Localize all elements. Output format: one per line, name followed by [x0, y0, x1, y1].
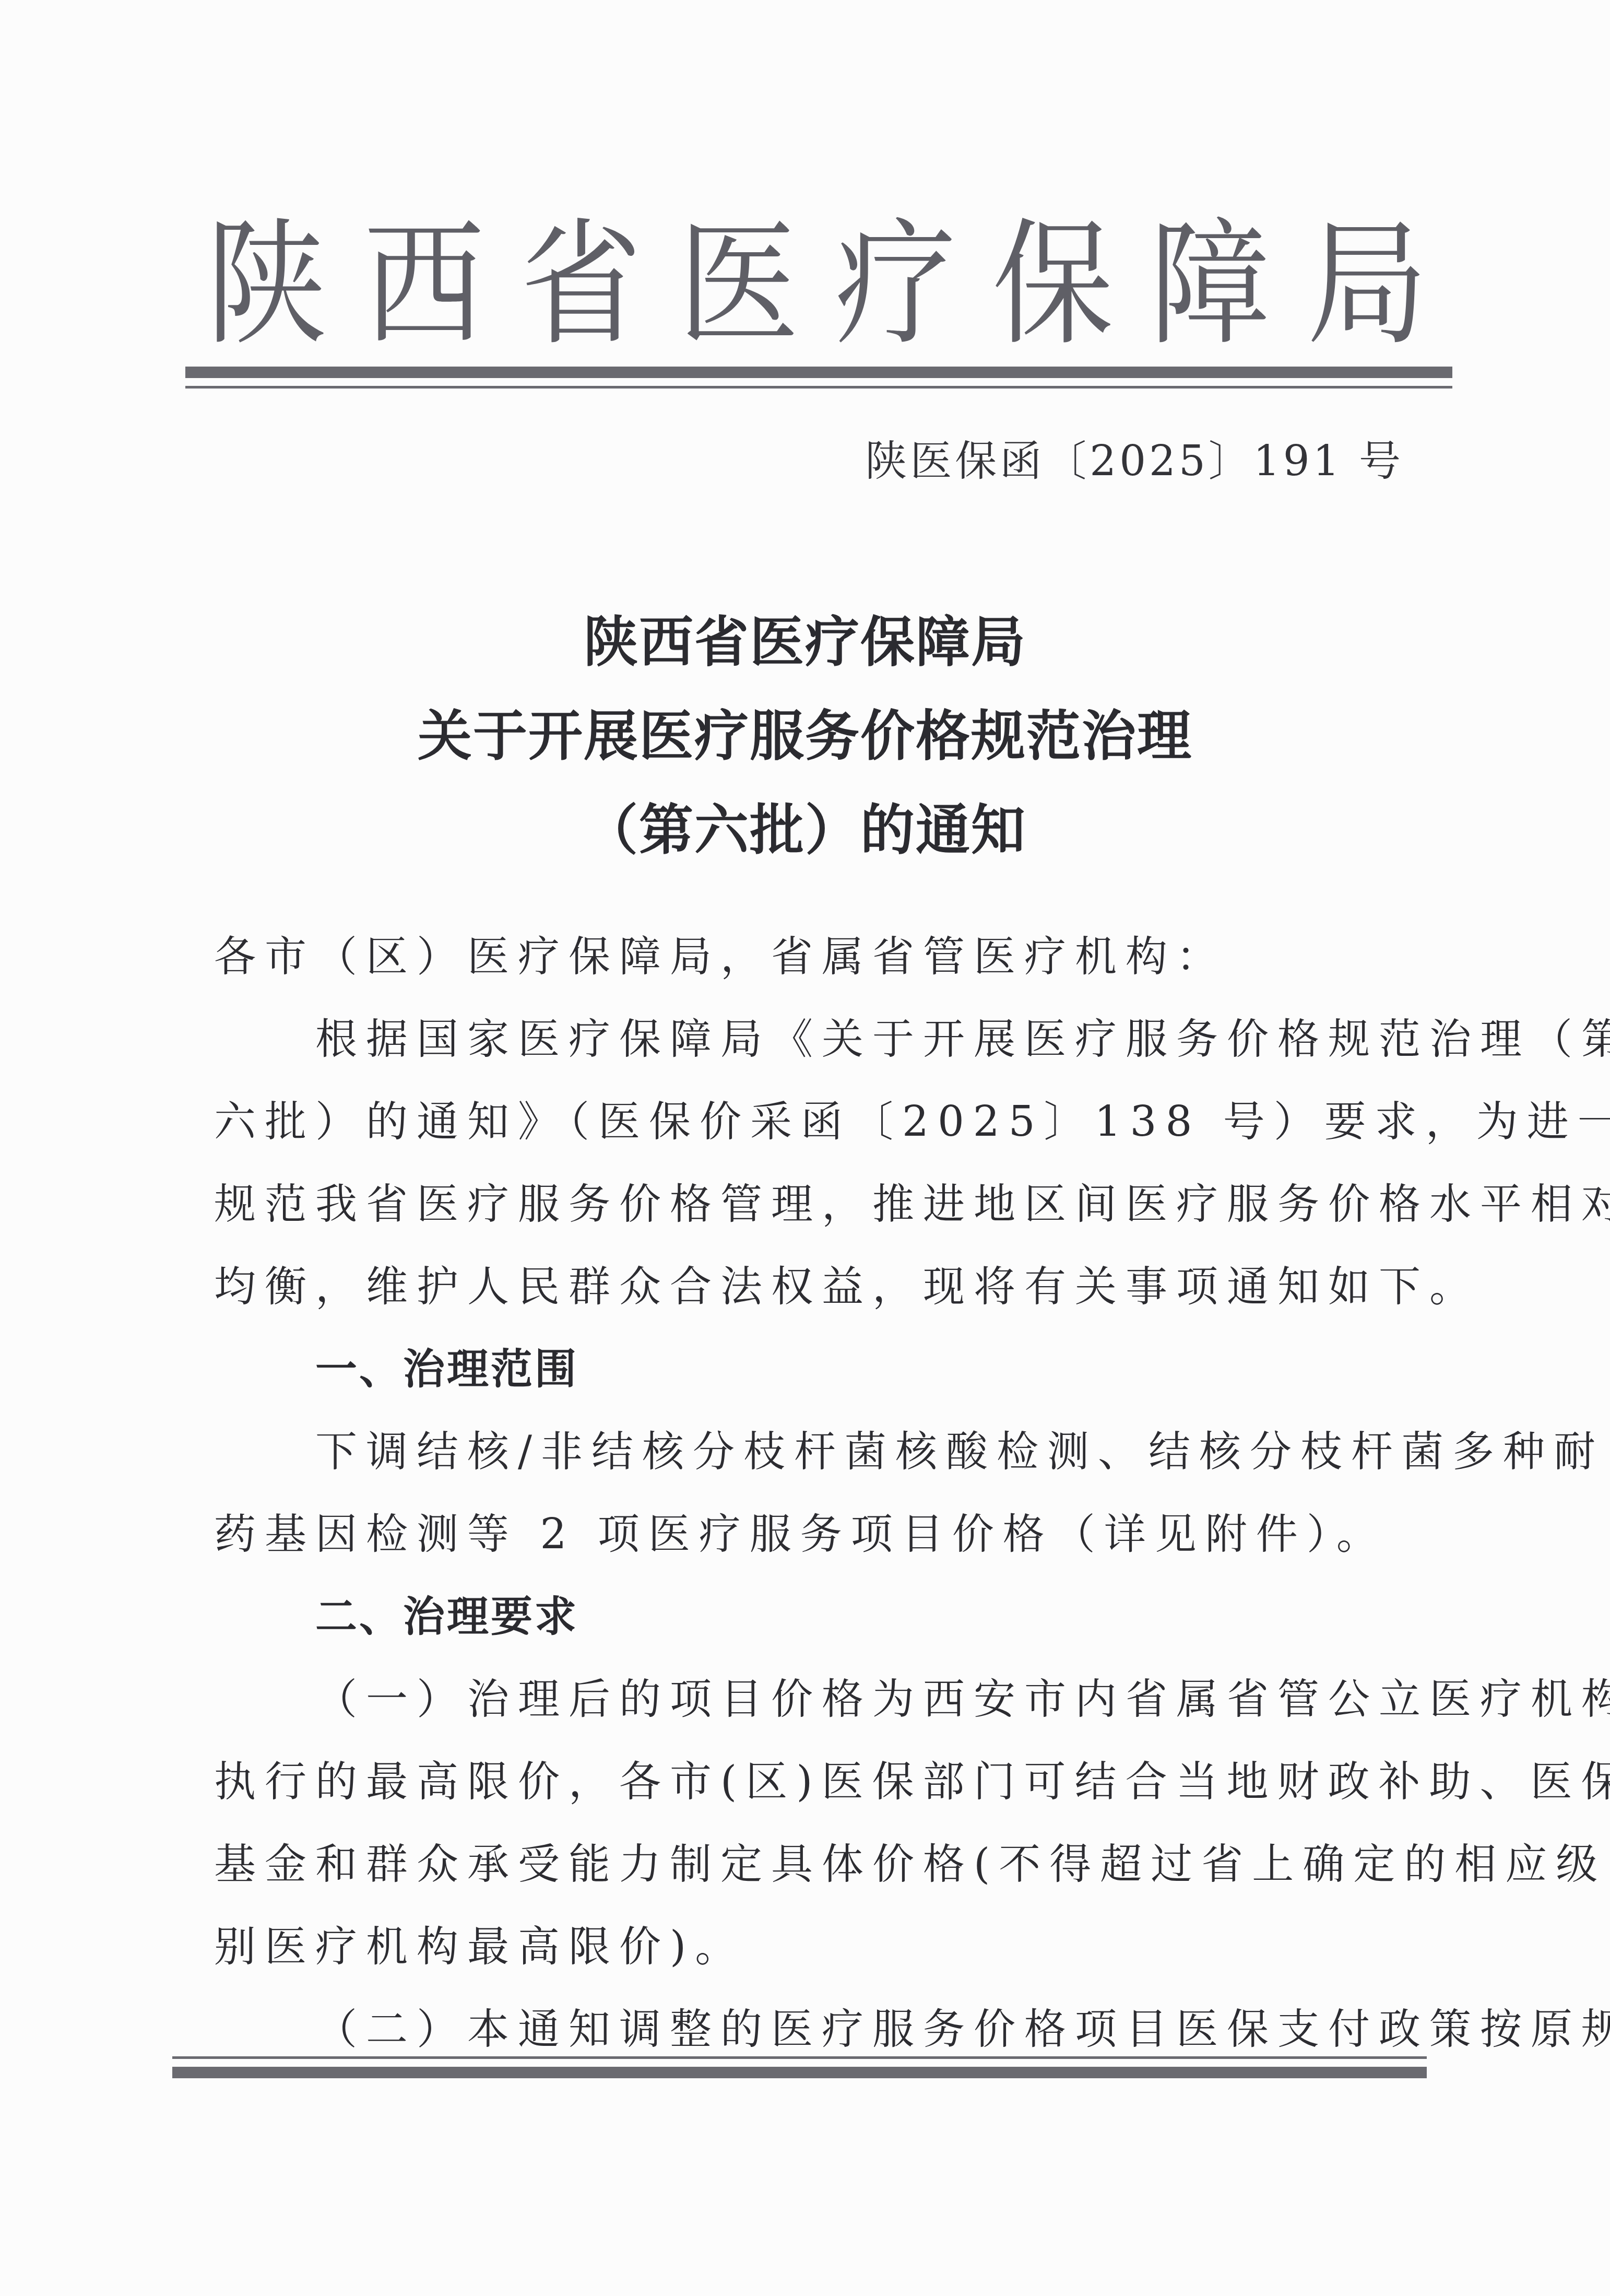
section2-item1-line: 基金和群众承受能力制定具体价格(不得超过省上确定的相应级: [214, 1833, 1430, 1915]
title-line-2: 关于开展医疗服务价格规范治理: [0, 689, 1610, 783]
document-page: 陕 西 省 医 疗 保 障 局 陕医保函〔2025〕191 号 陕西省医疗保障局…: [0, 0, 1610, 2296]
section2-item1-line: 别医疗机构最高限价)。: [214, 1915, 1430, 1998]
masthead-char: 陕: [206, 217, 327, 352]
section-heading-requirements: 二、治理要求: [214, 1585, 1430, 1668]
intro-paragraph-line: 六批）的通知》（医保价采函〔2025〕138 号）要求，为进一步: [214, 1090, 1430, 1173]
section2-item1-line: （一）治理后的项目价格为西安市内省属省管公立医疗机构: [214, 1668, 1430, 1750]
masthead-char: 障: [1150, 217, 1271, 352]
intro-paragraph-line: 均衡，维护人民群众合法权益，现将有关事项通知如下。: [214, 1255, 1430, 1338]
masthead-char: 医: [678, 217, 799, 352]
document-number: 陕医保函〔2025〕191 号: [865, 436, 1404, 486]
footer-divider-thick: [172, 2067, 1427, 2078]
section-heading-scope: 一、治理范围: [214, 1338, 1430, 1420]
section1-line: 药基因检测等 2 项医疗服务项目价格（详见附件）。: [214, 1503, 1430, 1585]
masthead-char: 保: [992, 217, 1114, 352]
masthead-divider-thick: [185, 367, 1452, 378]
title-line-1: 陕西省医疗保障局: [0, 595, 1610, 689]
masthead-char: 局: [1307, 217, 1428, 352]
document-body: 各市（区）医疗保障局，省属省管医疗机构： 根据国家医疗保障局《关于开展医疗服务价…: [214, 925, 1430, 2080]
masthead-char: 疗: [835, 217, 956, 352]
masthead-agency-name: 陕 西 省 医 疗 保 障 局: [206, 209, 1428, 360]
title-line-3: （第六批）的通知: [0, 783, 1610, 877]
section2-item1-line: 执行的最高限价，各市(区)医保部门可结合当地财政补助、医保: [214, 1750, 1430, 1833]
section1-line: 下调结核/非结核分枝杆菌核酸检测、结核分枝杆菌多种耐: [214, 1420, 1430, 1503]
masthead-divider-thin: [185, 386, 1452, 388]
masthead-char: 西: [363, 217, 484, 352]
masthead-char: 省: [520, 217, 642, 352]
salutation: 各市（区）医疗保障局，省属省管医疗机构：: [214, 925, 1430, 1008]
intro-paragraph-line: 根据国家医疗保障局《关于开展医疗服务价格规范治理（第: [214, 1008, 1430, 1090]
footer-divider-thin: [172, 2056, 1427, 2059]
document-title: 陕西省医疗保障局 关于开展医疗服务价格规范治理 （第六批）的通知: [0, 595, 1610, 877]
intro-paragraph-line: 规范我省医疗服务价格管理，推进地区间医疗服务价格水平相对: [214, 1173, 1430, 1255]
